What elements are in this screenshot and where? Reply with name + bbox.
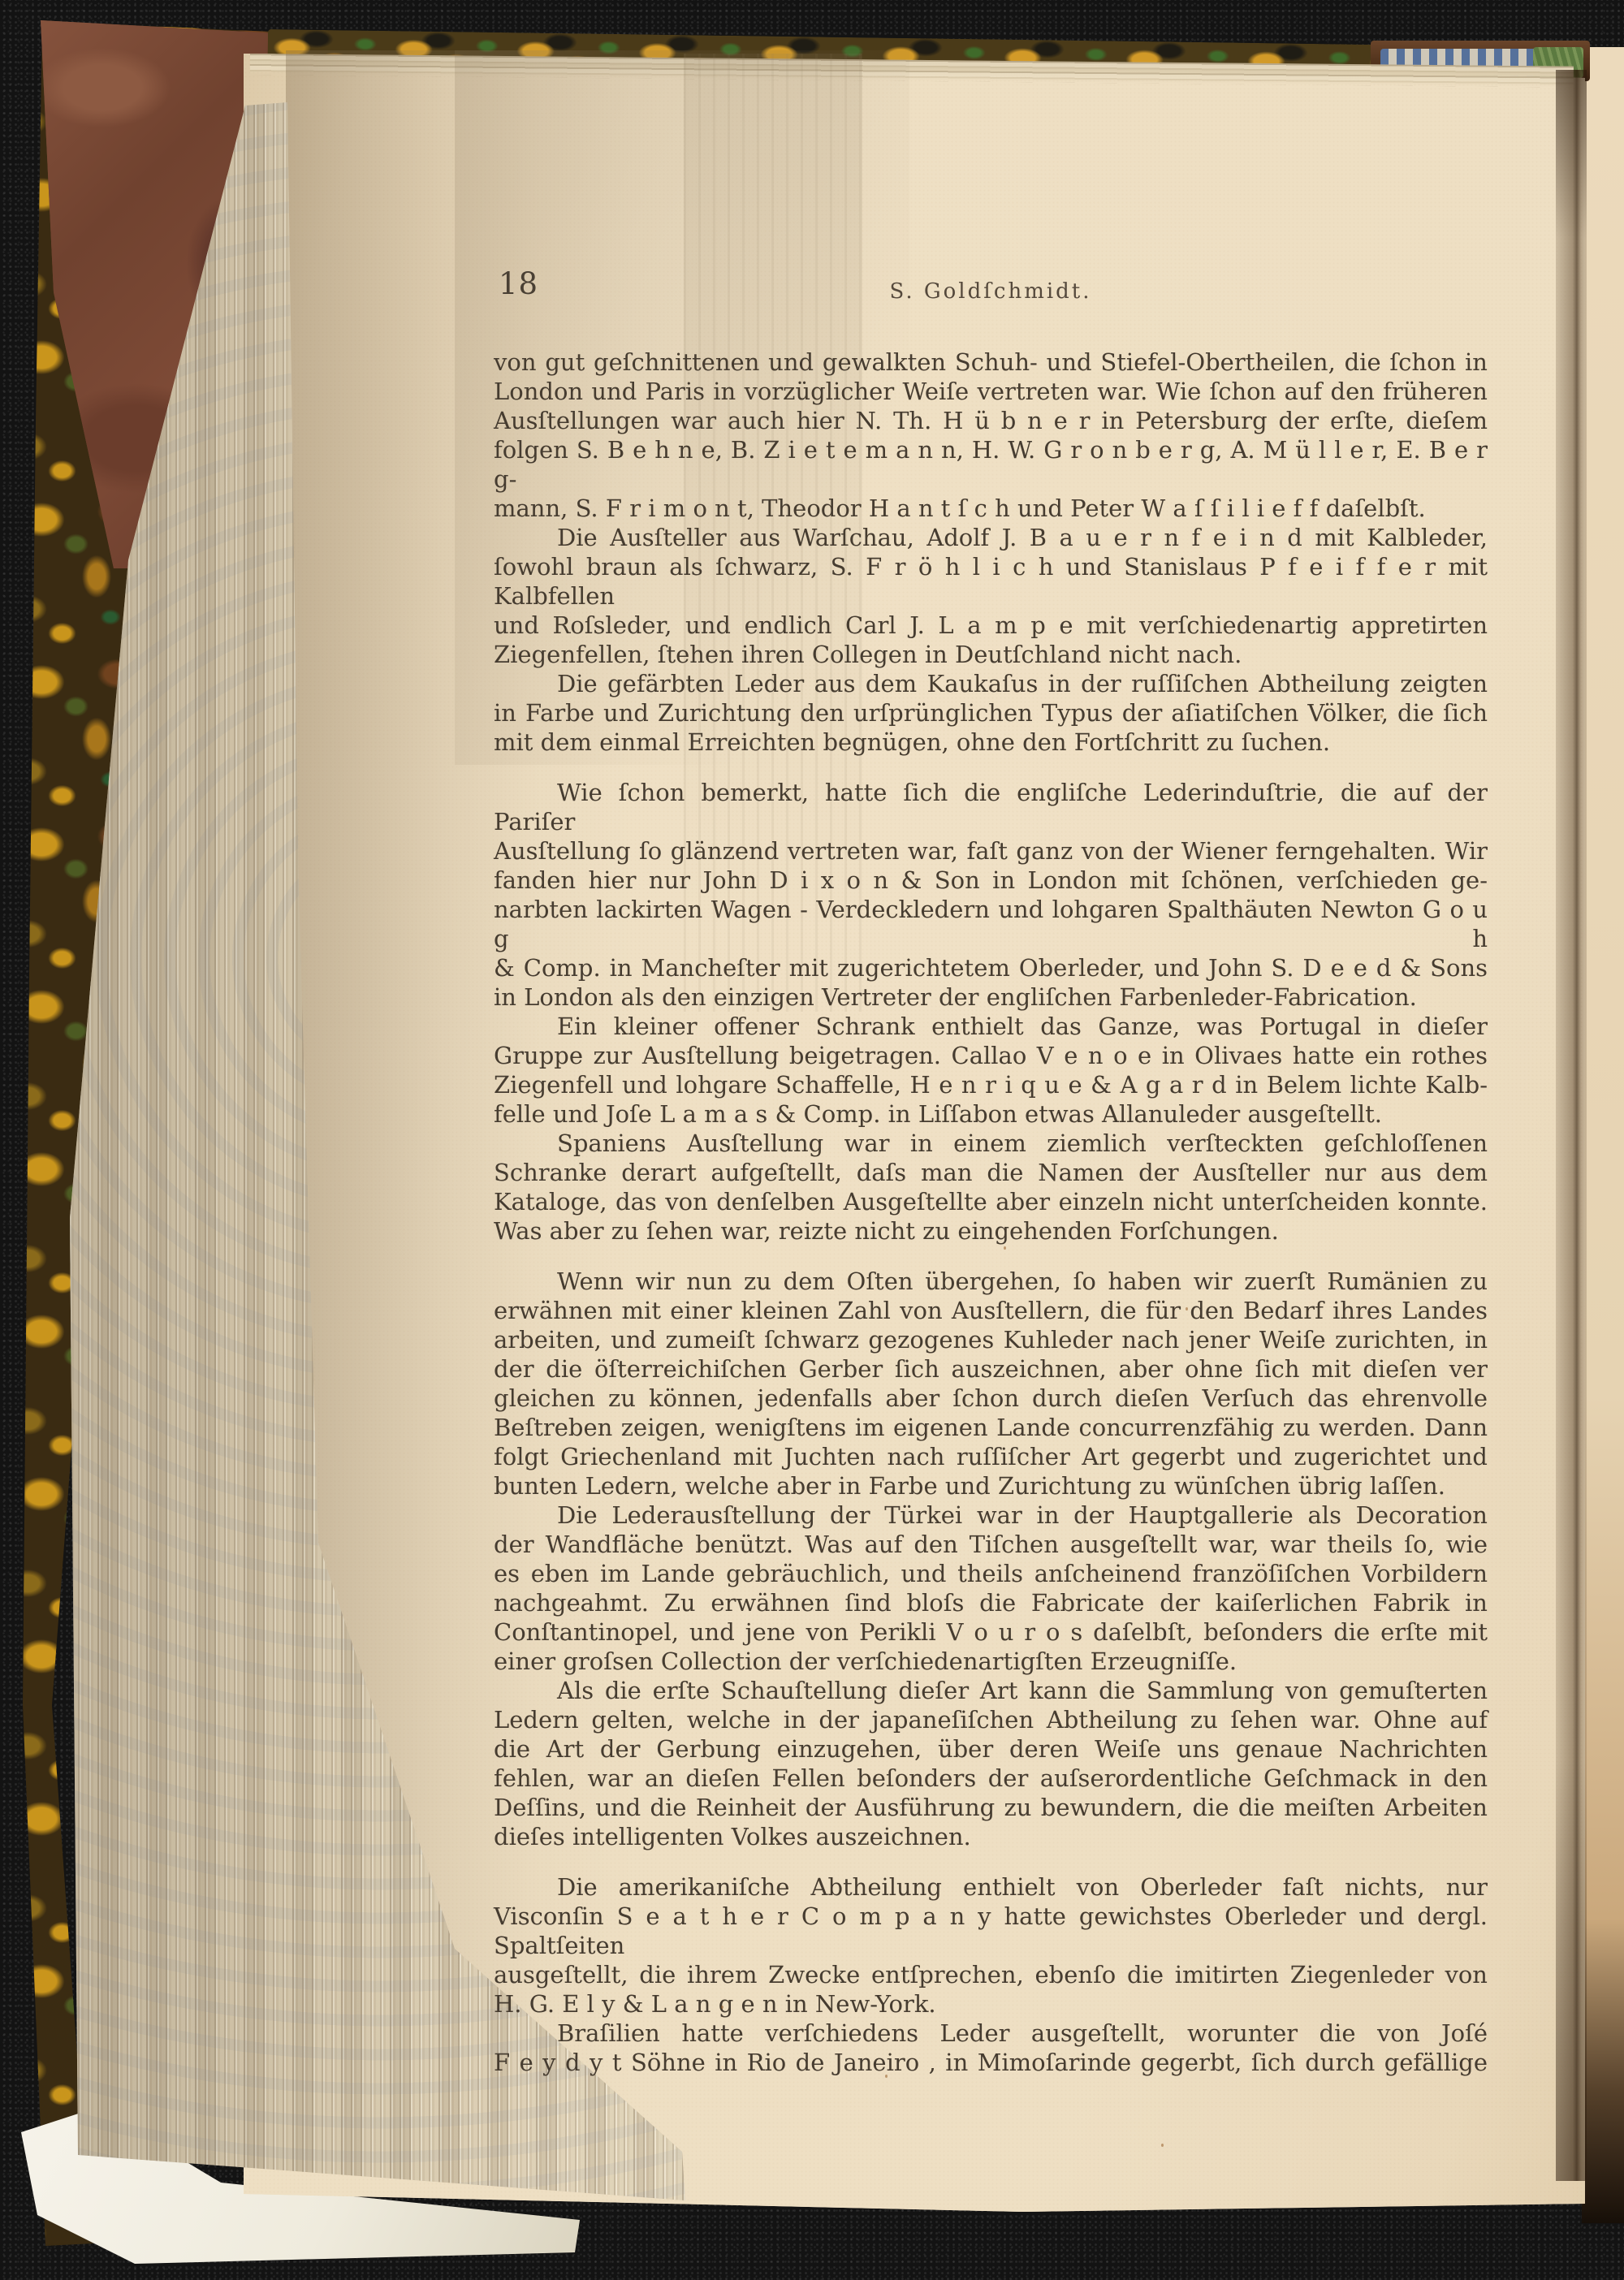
text-line: Die gefärbten Leder aus dem Kaukaſus in …: [494, 669, 1488, 698]
facing-page-sliver: [1582, 47, 1624, 2223]
text-line: folgt Griechenland mit Juchten nach ruſſ…: [494, 1442, 1488, 1471]
paragraph: Die amerikaniſche Abtheilung enthielt vo…: [494, 1872, 1488, 2019]
text-line: Ein kleiner offener Schrank enthielt das…: [494, 1012, 1488, 1041]
text-line: bunten Ledern, welche aber in Farbe und …: [494, 1471, 1488, 1501]
text-line: felle und Joſe L a m a s & Comp. in Liſſ…: [494, 1099, 1488, 1129]
paper-speck: [1380, 715, 1383, 718]
text-line: Was aber zu ſehen war, reizte nicht zu e…: [494, 1216, 1488, 1246]
text-line: Wenn wir nun zu dem Oſten übergehen, ſo …: [494, 1267, 1488, 1296]
book-scan-scene: 18 S. Goldſchmidt. von gut geſchnittenen…: [0, 0, 1624, 2280]
text-line: H. G. E l y & L a n g e n in New-York.: [494, 1989, 1488, 2019]
text-line: Kataloge, das von denſelben Ausgeſtellte…: [494, 1187, 1488, 1216]
page-header: 18 S. Goldſchmidt.: [494, 270, 1488, 317]
paragraph: Die Lederausſtellung der Türkei war in d…: [494, 1501, 1488, 1676]
page-number: 18: [499, 270, 538, 299]
text-line: dieſes intelligenten Volkes auszeichnen.: [494, 1822, 1488, 1851]
page-text: 18 S. Goldſchmidt. von gut geſchnittenen…: [494, 270, 1488, 2077]
paper-speck: [1161, 2144, 1164, 2147]
text-line: erwähnen mit einer kleinen Zahl von Ausſ…: [494, 1296, 1488, 1325]
running-title: S. Goldſchmidt.: [494, 270, 1488, 306]
text-line: Wie ſchon bemerkt, hatte ſich die engliſ…: [494, 778, 1488, 836]
paragraph: Wenn wir nun zu dem Oſten übergehen, ſo …: [494, 1267, 1488, 1501]
text-line: Als die erſte Schauſtellung dieſer Art k…: [494, 1676, 1488, 1705]
text-line: ausgeſtellt, die ihrem Zwecke entſpreche…: [494, 1960, 1488, 1989]
paragraph: Wie ſchon bemerkt, hatte ſich die engliſ…: [494, 778, 1488, 1012]
text-line: Ziegenfell und lohgare Schaffelle, H e n…: [494, 1070, 1488, 1099]
body-text: von gut geſchnittenen und gewalkten Schu…: [494, 348, 1488, 2077]
text-line: Beſtreben zeigen, wenigſtens im eigenen …: [494, 1413, 1488, 1442]
paragraph: Als die erſte Schauſtellung dieſer Art k…: [494, 1676, 1488, 1851]
paragraph: Spaniens Ausſtellung war in einem ziemli…: [494, 1129, 1488, 1246]
text-line: Gruppe zur Ausſtellung beigetragen. Call…: [494, 1041, 1488, 1070]
paper-speck: [1186, 1307, 1188, 1311]
text-line: und Roſsleder, und endlich Carl J. L a m…: [494, 611, 1488, 640]
text-line: ſowohl braun als ſchwarz, S. F r ö h l i…: [494, 552, 1488, 611]
text-line: Schranke derart aufgeſtellt, daſs man di…: [494, 1158, 1488, 1187]
paragraph: Die Ausſteller aus Warſchau, Adolf J. B …: [494, 523, 1488, 669]
text-line: die Art der Gerbung einzugehen, über der…: [494, 1734, 1488, 1764]
text-line: Die amerikaniſche Abtheilung enthielt vo…: [494, 1872, 1488, 1902]
text-line: Ledern gelten, welche in der japaneſiſch…: [494, 1705, 1488, 1734]
text-line: Spaniens Ausſtellung war in einem ziemli…: [494, 1129, 1488, 1158]
text-line: Braſilien hatte verſchiedens Leder ausge…: [494, 2019, 1488, 2048]
text-line: in Farbe und Zurichtung den urſprünglich…: [494, 698, 1488, 728]
text-line: nachgeahmt. Zu erwähnen ſind bloſs die F…: [494, 1588, 1488, 1617]
gutter-crease: [1556, 70, 1587, 2181]
text-line: gleichen zu können, jedenfalls aber ſcho…: [494, 1384, 1488, 1413]
text-line: es eben im Lande gebräuchlich, und theil…: [494, 1559, 1488, 1588]
paragraph: Die gefärbten Leder aus dem Kaukaſus in …: [494, 669, 1488, 757]
text-line: mann, S. F r i m o n t, Theodor H a n t …: [494, 494, 1488, 523]
text-line: London und Paris in vorzüglicher Weiſe v…: [494, 377, 1488, 406]
text-line: Die Lederausſtellung der Türkei war in d…: [494, 1501, 1488, 1530]
text-line: fehlen, war an dieſen Fellen beſonders d…: [494, 1764, 1488, 1793]
text-line: mit dem einmal Erreichten begnügen, ohne…: [494, 728, 1488, 757]
paper-speck: [721, 2006, 723, 2009]
text-line: F e y d y t Söhne in Rio de Janeiro , in…: [494, 2048, 1488, 2077]
text-line: & Comp. in Mancheſter mit zugerichtetem …: [494, 953, 1488, 982]
text-line: Ausſtellungen war auch hier N. Th. H ü b…: [494, 406, 1488, 435]
text-line: Conſtantinopel, und jene von Perikli V o…: [494, 1617, 1488, 1647]
text-line: Ziegenfellen, ſtehen ihren Collegen in D…: [494, 640, 1488, 669]
text-line: der Wandfläche benützt. Was auf den Tiſc…: [494, 1530, 1488, 1559]
text-line: Visconſin S e a t h e r C o m p a n y ha…: [494, 1902, 1488, 1960]
text-line: folgen S. B e h n e, B. Z i e t e m a n …: [494, 435, 1488, 494]
paper-speck: [1004, 1246, 1006, 1250]
text-line: arbeiten, und zumeiſt ſchwarz gezogenes …: [494, 1325, 1488, 1354]
text-line: der die öſterreichiſchen Gerber ſich aus…: [494, 1354, 1488, 1384]
paper-speck: [885, 2075, 888, 2078]
paragraph: von gut geſchnittenen und gewalkten Schu…: [494, 348, 1488, 523]
text-line: Deſſins, und die Reinheit der Ausführung…: [494, 1793, 1488, 1822]
text-line: in London als den einzigen Vertreter der…: [494, 982, 1488, 1012]
text-line: Die Ausſteller aus Warſchau, Adolf J. B …: [494, 523, 1488, 552]
paragraph: Ein kleiner offener Schrank enthielt das…: [494, 1012, 1488, 1129]
text-line: von gut geſchnittenen und gewalkten Schu…: [494, 348, 1488, 377]
text-line: Ausſtellung ſo glänzend vertreten war, f…: [494, 836, 1488, 866]
paragraph: Braſilien hatte verſchiedens Leder ausge…: [494, 2019, 1488, 2077]
text-line: einer groſsen Collection der verſchieden…: [494, 1647, 1488, 1676]
text-line: fanden hier nur John D i x o n & Son in …: [494, 866, 1488, 895]
text-line: narbten lackirten Wagen - Verdeckledern …: [494, 895, 1488, 953]
